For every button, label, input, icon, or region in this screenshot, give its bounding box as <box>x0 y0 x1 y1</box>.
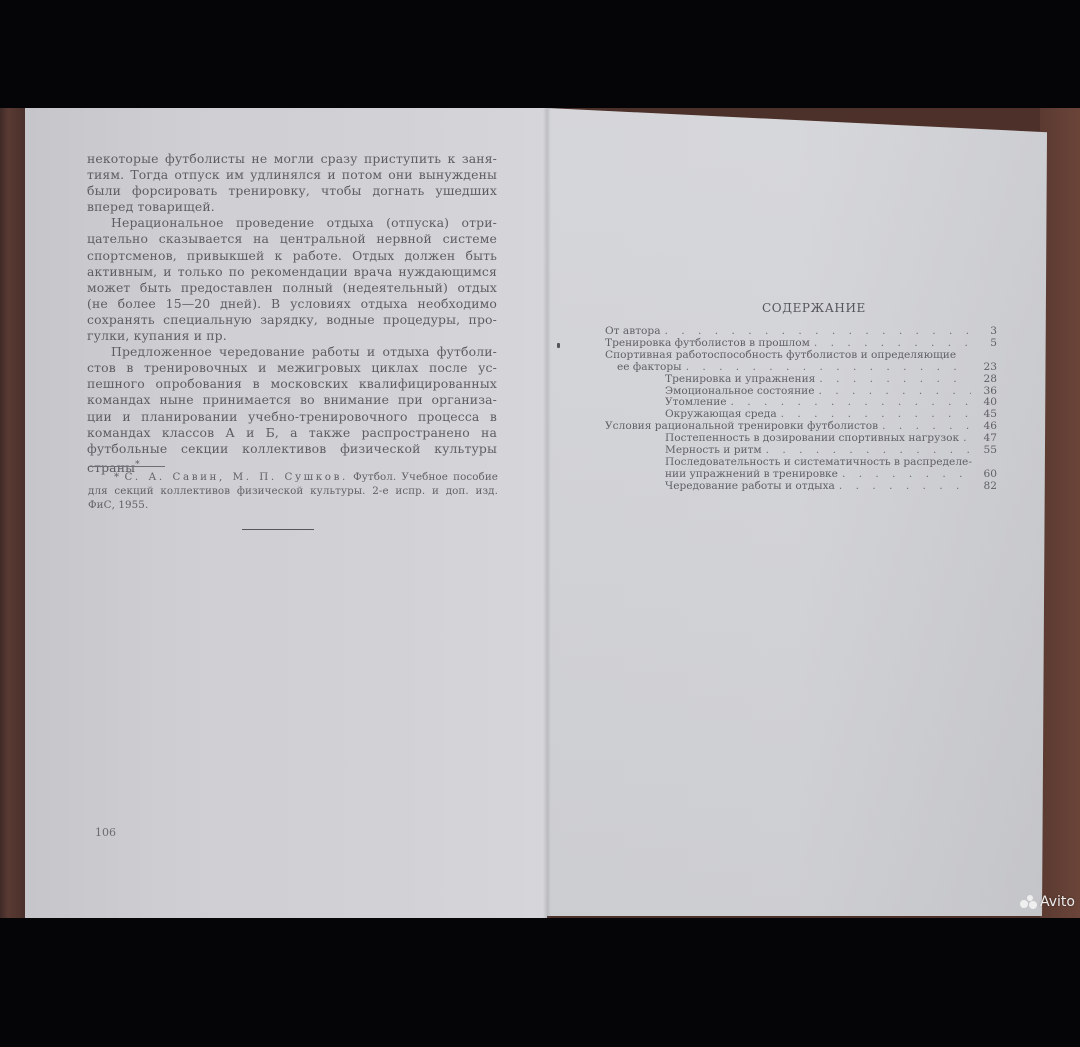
footnote-title: Футбол. Учебное пособие <box>353 471 498 483</box>
paper-speck <box>557 343 560 348</box>
toc-leader-dots <box>839 481 971 493</box>
footnote: * С. А. Савин, М. П. Сушков. Футбол. Уче… <box>88 470 498 512</box>
toc-entry-continuation: нии упражнений в тренировке60 <box>605 469 997 481</box>
toc-entry-label: Тренировка и упражнения <box>665 374 815 386</box>
toc-page-number: 55 <box>975 445 997 457</box>
watermark-brand: Avito <box>1040 894 1075 910</box>
toc-page-number: 5 <box>975 338 997 350</box>
footnote-line: ФиС, 1955. <box>88 498 498 512</box>
footnote-authors: С. А. Савин, М. П. Сушков. <box>124 471 347 483</box>
paragraph-3: Предложенное чередование работы и отдыха… <box>87 344 497 476</box>
text-line: были форсировать тренировку, чтобы догна… <box>87 183 497 199</box>
table-of-contents: От автора3Тренировка футболистов в прошл… <box>605 326 997 493</box>
paragraph-2: Нерациональное проведение отдыха (отпуск… <box>87 215 497 344</box>
toc-page-number: 23 <box>975 362 997 374</box>
text-line: (не более 15—20 дней). В условиях отдыха… <box>87 296 497 312</box>
toc-page-number: 60 <box>975 469 997 481</box>
toc-entry: Эмоциональное состояние36 <box>605 386 997 398</box>
toc-entry-continuation: ее факторы23 <box>605 362 997 374</box>
toc-entry-label-cont: ее факторы <box>617 362 682 374</box>
toc-leader-dots <box>842 469 971 481</box>
avito-dots-icon <box>1020 895 1038 909</box>
toc-entry: Утомление40 <box>605 397 997 409</box>
paragraph-1: некоторые футболисты не могли сразу прис… <box>87 151 497 215</box>
text-line: цательно сказывается на центральной нерв… <box>87 231 497 247</box>
text-line: командах классов А и Б, а также распрост… <box>87 425 497 441</box>
text-line: некоторые футболисты не могли сразу прис… <box>87 151 497 167</box>
page-number: 106 <box>95 826 116 839</box>
text-line: командах ныне принимается во внимание пр… <box>87 392 497 408</box>
text-line: ции и планировании учебно-тренировочного… <box>87 409 497 425</box>
text-line: Нерациональное проведение отдыха (отпуск… <box>87 215 497 231</box>
right-page <box>547 108 1047 916</box>
toc-page-number: 28 <box>975 374 997 386</box>
toc-entry: Чередование работы и отдыха82 <box>605 481 997 493</box>
toc-entry-label: Спортивная работоспособность футболистов… <box>605 350 956 362</box>
toc-title: СОДЕРЖАНИЕ <box>762 301 866 315</box>
avito-watermark: Avito <box>1020 894 1075 910</box>
text-line: сохранять специальную зарядку, водные пр… <box>87 312 497 328</box>
text-line: Предложенное чередование работы и отдыха… <box>87 344 497 360</box>
text-line: спортсменов, привыкшей к работе. Отдых д… <box>87 248 497 264</box>
text-line: гулки, купания и пр. <box>87 328 497 344</box>
toc-entry-label-cont: нии упражнений в тренировке <box>665 469 838 481</box>
toc-entry: Постепенность в дозировании спортивных н… <box>605 433 997 445</box>
text-line: стов в тренировочных и межигровых циклах… <box>87 360 497 376</box>
chapter-end-rule <box>242 529 314 530</box>
footnote-line: для секций коллективов физической культу… <box>88 484 498 498</box>
toc-entry: Спортивная работоспособность футболистов… <box>605 350 997 362</box>
toc-entry: Тренировка и упражнения28 <box>605 374 997 386</box>
text-line: тиям. Тогда отпуск им удлинялся и потом … <box>87 167 497 183</box>
toc-page-number: 82 <box>975 481 997 493</box>
text-line: может быть предоставлен полный (недеятел… <box>87 280 497 296</box>
footnote-line: * С. А. Савин, М. П. Сушков. Футбол. Уче… <box>88 470 498 484</box>
text-line: активным, и только по рекомендации врача… <box>87 264 497 280</box>
toc-entry-label: Чередование работы и отдыха <box>665 481 835 493</box>
footnote-marker: * <box>114 471 119 483</box>
toc-leader-dots <box>963 433 971 445</box>
toc-leader-dots <box>686 362 971 374</box>
footnote-divider <box>89 466 165 467</box>
toc-leader-dots <box>818 386 971 398</box>
text-line: футбольные секции коллективов физической… <box>87 441 497 457</box>
toc-leader-dots <box>819 374 971 386</box>
text-line: вперед товарищей. <box>87 199 497 215</box>
text-line: пешного опробования в московских квалифи… <box>87 376 497 392</box>
left-page-body: некоторые футболисты не могли сразу прис… <box>87 151 497 476</box>
book-gutter <box>543 108 551 918</box>
footnote-ref: * <box>135 460 140 470</box>
